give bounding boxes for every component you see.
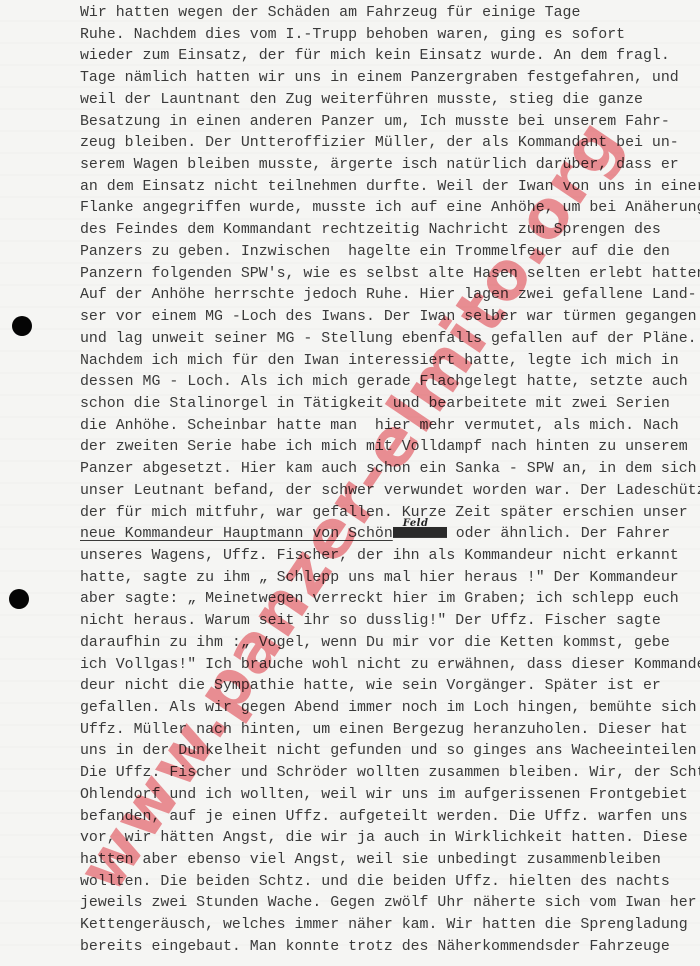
struck-out-text: Feld [393,527,447,538]
text-line: an dem Einsatz nicht teilnehmen durfte. … [80,177,700,199]
text-line: schon die Stalinorgel in Tätigkeit und b… [80,394,700,416]
text-line: daraufhin zu ihm :„ Vogel, wenn Du mir v… [80,633,700,655]
text-line: jeweils zwei Stunden Wache. Gegen zwölf … [80,893,700,915]
text-line: gefallen. Als wir gegen Abend immer noch… [80,698,700,720]
text-line: wieder zum Einsatz, der für mich kein Ei… [80,46,700,68]
text-line: serem Wagen bleiben musste, ärgerte isch… [80,155,700,177]
text-line: der für mich mitfuhr, war gefallen. Kurz… [80,503,700,525]
text-line: und lag unweit seiner MG - Stellung eben… [80,329,700,351]
text-line: Uffz. Müller nach hinten, um einen Berge… [80,720,700,742]
text-line: Besatzung in einen anderen Panzer um, Ic… [80,112,700,134]
text-line: Wir hatten wegen der Schäden am Fahrzeug… [80,3,700,25]
text-line: Panzers zu geben. Inzwischen hagelte ein… [80,242,700,264]
underlined-text: neue Kommandeur Hauptmann von Schön [80,526,393,542]
text-line: uns in der Dunkelheit nicht gefunden und… [80,741,700,763]
text-line: zeug bleiben. Der Untteroffizier Müller,… [80,133,700,155]
text-line: nicht heraus. Warum seit ihr so dusslig!… [80,611,700,633]
text-line: Panzer abgesetzt. Hier kam auch schon ei… [80,459,700,481]
text-line: vor, wir hätten Angst, die wir ja auch i… [80,828,700,850]
handwritten-correction: Feld [403,513,429,535]
text-line: der zweiten Serie habe ich mich mit Voll… [80,437,700,459]
line-continuation: oder ähnlich. Der Fahrer [447,526,670,542]
text-line: Ohlendorf und ich wollten, weil wir uns … [80,785,700,807]
text-line: Flanke angegriffen wurde, musste ich auf… [80,198,700,220]
text-line: die Anhöhe. Scheinbar hatte man hier meh… [80,416,700,438]
text-line: dessen MG - Loch. Als ich mich gerade Fl… [80,372,700,394]
text-line: unseres Wagens, Uffz. Fischer, der ihn a… [80,546,700,568]
text-line: deur nicht die Sympathie hatte, wie sein… [80,676,700,698]
text-line: Ruhe. Nachdem dies vom I.-Trupp behoben … [80,25,700,47]
text-line: weil der Launtnant den Zug weiterführen … [80,90,700,112]
text-line: hatten aber ebenso viel Angst, weil sie … [80,850,700,872]
text-line: Kettengeräusch, welches immer näher kam.… [80,915,700,937]
text-line: Panzern folgenden SPW's, wie es selbst a… [80,264,700,286]
text-line: unser Leutnant befand, der schwer verwun… [80,481,700,503]
text-line: befanden, auf je einen Uffz. aufgeteilt … [80,807,700,829]
punch-hole-top [12,316,32,336]
text-line: bereits eingebaut. Man konnte trotz des … [80,937,700,959]
text-line: Auf der Anhöhe herrschte jedoch Ruhe. Hi… [80,285,700,307]
punch-hole-bottom [9,589,29,609]
text-line: ich Vollgas!" Ich brauche wohl nicht zu … [80,655,700,677]
text-line: des Feindes dem Kommandant rechtzeitig N… [80,220,700,242]
text-line: hatte, sagte zu ihm „ Schlepp uns mal hi… [80,568,700,590]
text-line: ser vor einem MG -Loch des Iwans. Der Iw… [80,307,700,329]
text-line: wollten. Die beiden Schtz. und die beide… [80,872,700,894]
text-line: aber sagte: „ Meinetwegen verreckt hier … [80,589,700,611]
text-line: Nachdem ich mich für den Iwan interessie… [80,351,700,373]
document-page: Wir hatten wegen der Schäden am Fahrzeug… [0,0,700,966]
text-line: neue Kommandeur Hauptmann von SchönFeld … [80,524,700,546]
text-line: Die Uffz. Fischer und Schröder wollten z… [80,763,700,785]
text-line: Tage nämlich hatten wir uns in einem Pan… [80,68,700,90]
typewritten-text-body: Wir hatten wegen der Schäden am Fahrzeug… [80,3,700,959]
